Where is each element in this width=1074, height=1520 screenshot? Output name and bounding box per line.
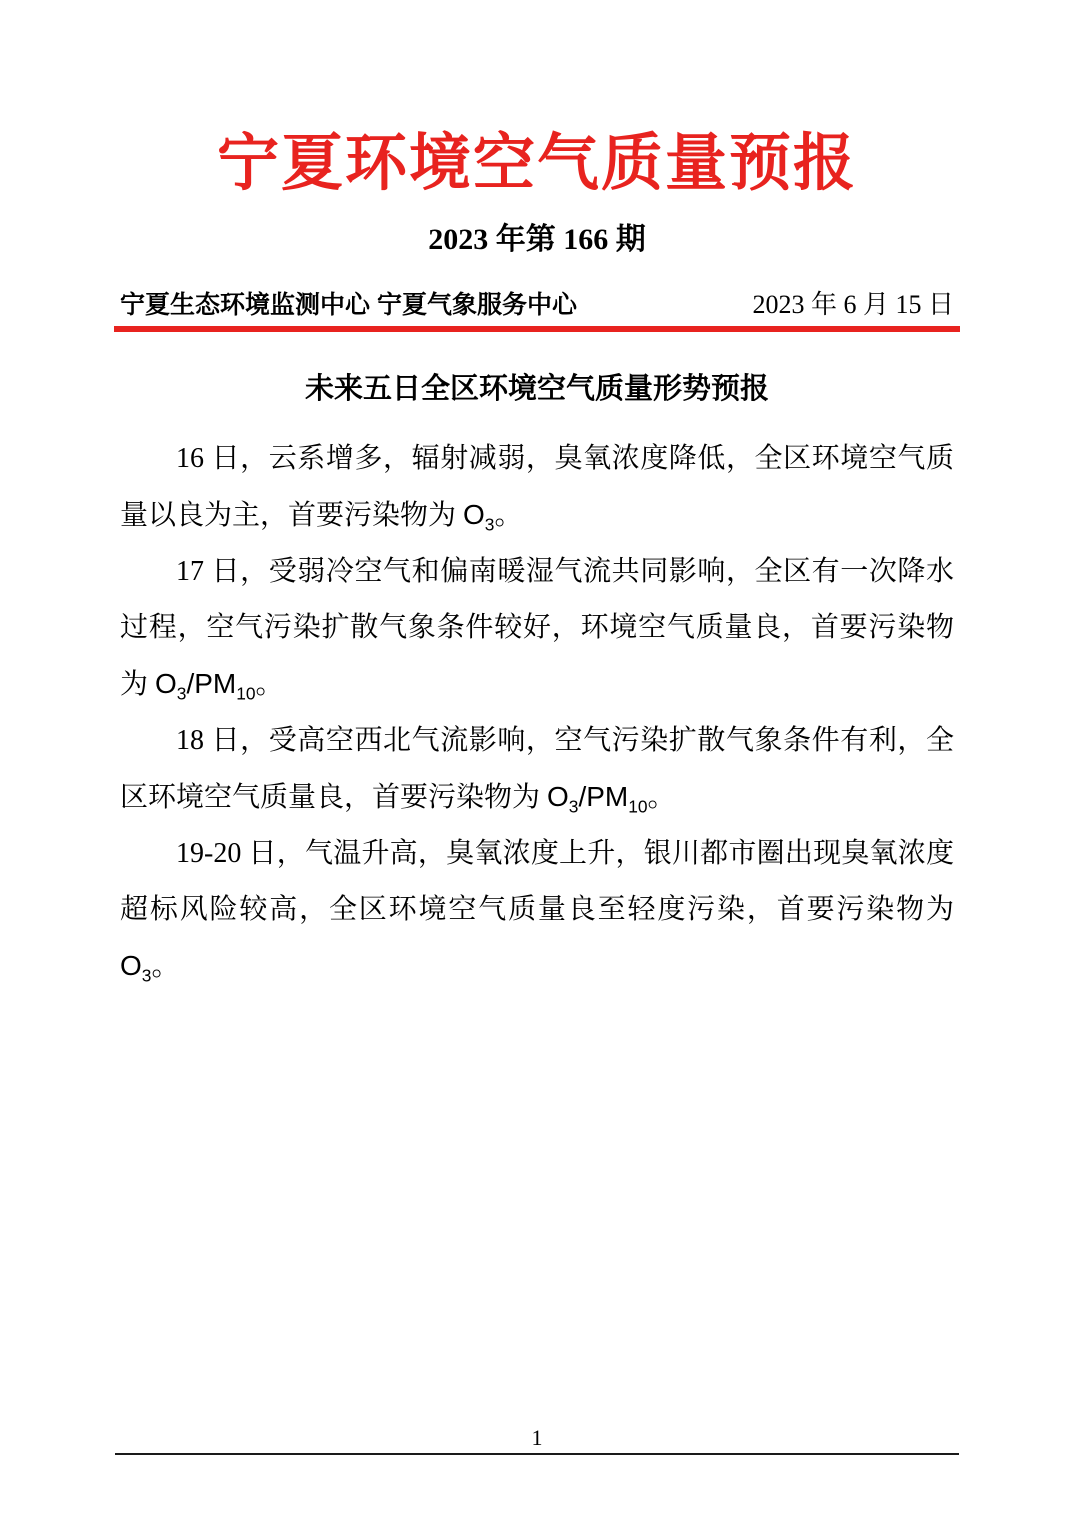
page-footer: 1	[0, 1425, 1074, 1455]
document-title: 宁夏环境空气质量预报	[0, 130, 1074, 198]
forecast-paragraph-day17: 17 日，受弱冷空气和偏南暖湿气流共同影响，全区有一次降水过程，空气污染扩散气象…	[120, 544, 954, 713]
issuing-organizations: 宁夏生态环境监测中心 宁夏气象服务中心	[120, 285, 577, 321]
section-heading: 未来五日全区环境空气质量形势预报	[0, 366, 1074, 407]
forecast-body: 16 日，云系增多，辐射减弱，臭氧浓度降低，全区环境空气质量以良为主，首要污染物…	[120, 431, 954, 995]
forecast-paragraph-day18: 18 日，受高空西北气流影响，空气污染扩散气象条件有利，全区环境空气质量良，首要…	[120, 713, 954, 826]
masthead: 宁夏生态环境监测中心 宁夏气象服务中心 2023 年 6 月 15 日	[120, 284, 954, 321]
issue-number: 2023 年第 166 期	[0, 214, 1074, 258]
forecast-paragraph-day16: 16 日，云系增多，辐射减弱，臭氧浓度降低，全区环境空气质量以良为主，首要污染物…	[120, 431, 954, 544]
red-divider-rule	[114, 326, 960, 332]
page-number: 1	[0, 1425, 1074, 1450]
issue-date: 2023 年 6 月 15 日	[752, 284, 954, 321]
footer-divider-rule	[115, 1453, 959, 1455]
document-page: 宁夏环境空气质量预报 2023 年第 166 期 宁夏生态环境监测中心 宁夏气象…	[0, 0, 1074, 1520]
forecast-paragraph-day19-20: 19-20 日，气温升高，臭氧浓度上升，银川都市圈出现臭氧浓度超标风险较高，全区…	[120, 826, 954, 995]
